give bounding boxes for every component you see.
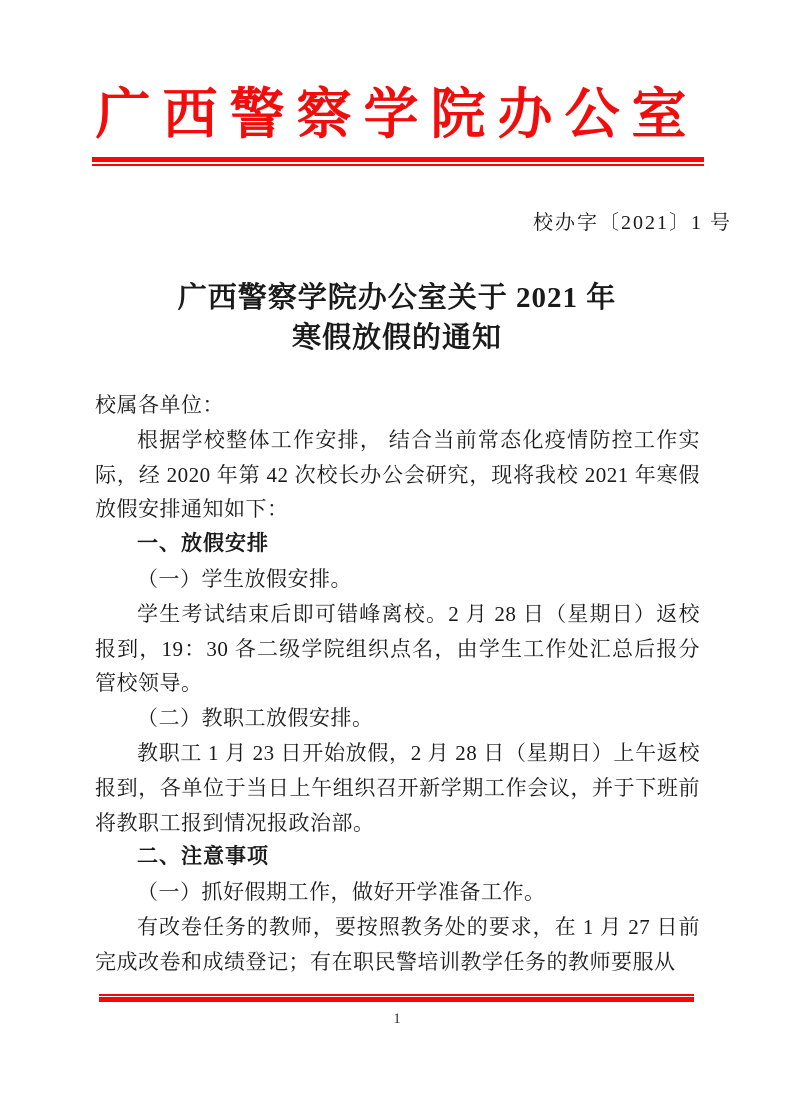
page-number: 1 [0, 1011, 794, 1028]
subsection-heading-1-1: （一）学生放假安排。 [95, 562, 700, 597]
document-title: 广西警察学院办公室关于 2021 年 寒假放假的通知 [0, 278, 794, 358]
salutation: 校属各单位： [95, 388, 700, 423]
letterhead-office-name: 广西警察学院办公室 [0, 0, 794, 146]
header-rule [92, 157, 704, 166]
section-heading-1: 一、放假安排 [95, 527, 700, 562]
footer-rule-thin-line [99, 994, 694, 996]
document-body: 校属各单位： 根据学校整体工作安排， 结合当前常态化疫情防控工作实际，经 202… [95, 388, 700, 980]
subsection-heading-1-2: （二）教职工放假安排。 [95, 701, 700, 736]
header-rule-thick-line [92, 157, 704, 162]
document-title-line1: 广西警察学院办公室关于 2021 年 [0, 278, 794, 318]
footer-rule [99, 994, 694, 1002]
document-title-line2: 寒假放假的通知 [0, 318, 794, 358]
document-number: 校办字〔2021〕1 号 [0, 208, 794, 238]
footer-rule-thick-line [99, 997, 694, 1002]
section-heading-2: 二、注意事项 [95, 840, 700, 875]
paragraph-staff-holiday: 教职工 1 月 23 日开始放假，2 月 28 日（星期日）上午返校报到，各单位… [95, 736, 700, 840]
paragraph-student-holiday: 学生考试结束后即可错峰离校。2 月 28 日（星期日）返校报到，19：30 各二… [95, 597, 700, 701]
header-rule-thin-line [92, 164, 704, 166]
subsection-heading-2-1: （一）抓好假期工作，做好开学准备工作。 [95, 875, 700, 910]
paragraph-holiday-duties: 有改卷任务的教师，要按照教务处的要求，在 1 月 27 日前完成改卷和成绩登记；… [95, 910, 700, 980]
document-page: 广西警察学院办公室 校办字〔2021〕1 号 广西警察学院办公室关于 2021 … [0, 0, 794, 1108]
intro-paragraph: 根据学校整体工作安排， 结合当前常态化疫情防控工作实际，经 2020 年第 42… [95, 423, 700, 527]
